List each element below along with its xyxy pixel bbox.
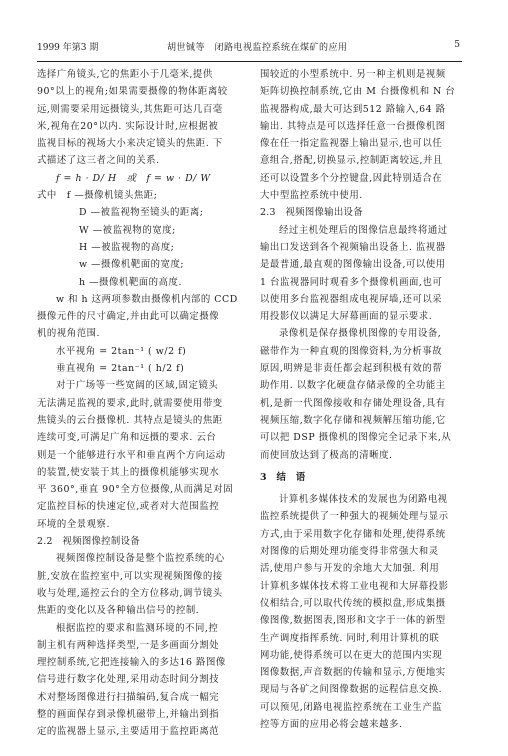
text-line: 而使回放达到了极高的清晰度.	[260, 447, 465, 464]
text-line: 以使用多台监视器组成电视屏墙,还可以采	[260, 291, 465, 308]
page-number: 5	[454, 40, 460, 50]
text-line: 对图像的后期处理功能变得非常强大和灵	[260, 543, 465, 560]
text-line: 图像数据,声音数据的传输和显示,方便地实	[260, 664, 465, 681]
text-line: 仪相结合,可以取代传统的模拟盘,形成集摄	[260, 595, 465, 612]
text-line: 的装置,使安装于其上的摄像机能够实现水	[37, 464, 242, 481]
text-line: 网功能,使得系统可以在更大的范围内实现	[260, 647, 465, 664]
text-line: 视频压缩,数字化存储和视频解压缩功能,它	[260, 412, 465, 429]
text-line: 控等方面的应用必将会越来越多.	[260, 716, 465, 733]
horizontal-angle-formula: 水平视角 = 2tan⁻¹ ( w/2 f)	[37, 343, 242, 360]
text-line: 环境的全景观察.	[37, 516, 242, 533]
text-line: 根据监控的要求和监测环境的不同,控	[37, 620, 242, 637]
text-line: 围较近的小型系统中. 另一种主机则是视频	[260, 66, 465, 83]
text-line: 输出. 其特点是可以选择任意一台摄像机图	[260, 118, 465, 135]
where-label: 式中 f —摄像机镜头焦距;	[37, 187, 242, 204]
running-title: 胡世铖等 闭路电视监控系统在煤矿的应用	[167, 40, 348, 53]
text-line: 平 360°,垂直 90°全方位摄像,从而满足对固	[37, 481, 242, 498]
right-column: 围较近的小型系统中. 另一种主机则是视频 矩阵切换控制系统,它由 M 台摄像机和…	[260, 66, 465, 733]
text-line: 可以预见,闭路电视监控系统在工业生产监	[260, 699, 465, 716]
text-line: 信号进行数字化处理,采用动态时间分割技	[37, 671, 242, 688]
text-line: 监控系统提供了一种强大的视频处理与显示	[260, 508, 465, 525]
text-line: 机的视角范围.	[37, 325, 242, 342]
section-heading-2-2: 2.2 视频图像控制设备	[37, 533, 242, 550]
text-line: 现局与各矿之间图像数据的远程信息交换.	[260, 681, 465, 698]
text-line: 计算机多媒体技术将工业电视和大屏幕投影	[260, 578, 465, 595]
text-line: 无法满足监视的要求,此时,就需要使用带变	[37, 395, 242, 412]
definition-item: w —摄像机靶面的宽度;	[37, 256, 242, 273]
text-line: 是最普通,最直观的图像输出设备,可以使用	[260, 256, 465, 273]
text-line: 米,视角在20°以内. 实际设计时,应根据被	[37, 118, 242, 135]
text-line: 监视目标的视场大小来决定镜头的焦距. 下	[37, 135, 242, 152]
text-line: 生产调度指挥系统. 同时,利用计算机的联	[260, 630, 465, 647]
journal-issue: 1999 年第3 期	[37, 40, 98, 53]
text-line: 制主机有两种选择类型,一是多画面分割处	[37, 637, 242, 654]
focal-length-formula: f = h · D/ H 或 f = w · D/ W	[37, 170, 242, 187]
left-column: 选择广角镜头,它的焦距小于几毫米,提供 90°以上的视角;如果需要摄像的物体距离…	[37, 66, 242, 741]
text-line: 磁带作为一种直观的图像资料,为分析事故	[260, 343, 465, 360]
text-line: 定的监视器上显示,主要适用于监控距离范	[37, 723, 242, 740]
section-heading-3: 3 结 语	[260, 469, 465, 486]
text-line: 90°以上的视角;如果需要摄像的物体距离较	[37, 83, 242, 100]
text-line: 选择广角镜头,它的焦距小于几毫米,提供	[37, 66, 242, 83]
text-line: 意组合,搭配,切换显示,控制距离较远,并且	[260, 152, 465, 169]
text-line: 整的画面保存到录像机磁带上,并输出到指	[37, 706, 242, 723]
text-line: 监视器构成,最大可达到512 路输入,64 路	[260, 101, 465, 118]
text-line: 用投影仪以满足大屏幕画面的显示要求.	[260, 308, 465, 325]
text-line: 大中型监控系统中使用.	[260, 187, 465, 204]
text-line: 连续可变,可满足广角和远摄的要求. 云台	[37, 429, 242, 446]
text-line: 矩阵切换控制系统,它由 M 台摄像机和 N 台	[260, 83, 465, 100]
text-line: 焦距的变化以及各种输出信号的控制.	[37, 602, 242, 619]
text-line: 1 台监视器同时观看多个摄像机画面,也可	[260, 274, 465, 291]
text-line: 机,是新一代图像接收和存储处理设备,具有	[260, 395, 465, 412]
text-line: 助作用. 以数字化硬盘存储录像的全功能主	[260, 377, 465, 394]
definition-item: H —被监视物的高度;	[37, 239, 242, 256]
text-line: 方式,由于采用数字化存储和处理,使得系统	[260, 526, 465, 543]
text-line: 式描述了这三者之间的关系.	[37, 152, 242, 169]
definition-item: h —摄像机靶面的高度.	[37, 274, 242, 291]
definition-item: W —被监视物的宽度;	[37, 222, 242, 239]
vertical-angle-formula: 垂直视角 = 2tan⁻¹ ( h/2 f)	[37, 360, 242, 377]
text-line: 焦镜头的云台摄像机. 其特点是镜头的焦距	[37, 412, 242, 429]
text-line: 还可以设置多个分控键盘,因此特别适合在	[260, 170, 465, 187]
text-line: 原因,明辨是非责任都会起到积极有效的帮	[260, 360, 465, 377]
text-line: 活,使用户参与开发的余地大大加强. 利用	[260, 560, 465, 577]
running-header: 1999 年第3 期 胡世铖等 闭路电视监控系统在煤矿的应用 5	[37, 40, 462, 56]
text-line: 录像机是保存摄像机图像的专用设备,	[260, 325, 465, 342]
text-line: 理控制系统,它把连接输入的多达16 路图像	[37, 654, 242, 671]
text-line: 可以把 DSP 摄像机的图像完全记录下来,从	[260, 429, 465, 446]
definition-item: D —被监视物至镜头的距离;	[37, 204, 242, 221]
text-line: 经过主机处理后的图像信息最终将通过	[260, 222, 465, 239]
text-line: 脏,安放在监控室中,可以实现视频图像的接	[37, 568, 242, 585]
text-line: 远,则需要采用远摄镜头,其焦距可达几百毫	[37, 101, 242, 118]
section-heading-2-3: 2.3 视频图像输出设备	[260, 204, 465, 221]
text-line: 术对整场图像进行扫描编码,复合成一幅完	[37, 689, 242, 706]
text-line: 视频图像控制设备是整个监控系统的心	[37, 550, 242, 567]
text-line: 输出口发送到各个视频输出设备上. 监视器	[260, 239, 465, 256]
header-rule	[37, 61, 462, 62]
text-line: 则是一个能够进行水平和垂直两个方向运动	[37, 447, 242, 464]
text-line: w 和 h 这两项参数由摄像机内部的 CCD	[37, 291, 242, 308]
text-line: 计算机多媒体技术的发展也为闭路电视	[260, 491, 465, 508]
text-line: 像在任一指定监视器上输出显示,也可以任	[260, 135, 465, 152]
text-line: 摄像元件的尺寸确定,并由此可以确定摄像	[37, 308, 242, 325]
text-line: 像图像,数据图表,图形和文字于一体的新型	[260, 612, 465, 629]
text-line: 收与处理,遥控云台的全方位移动,调节镜头	[37, 585, 242, 602]
text-line: 对于广场等一些宽阔的区域,固定镜头	[37, 377, 242, 394]
text-line: 定监控目标的快速定位,或者对大范围监控	[37, 498, 242, 515]
